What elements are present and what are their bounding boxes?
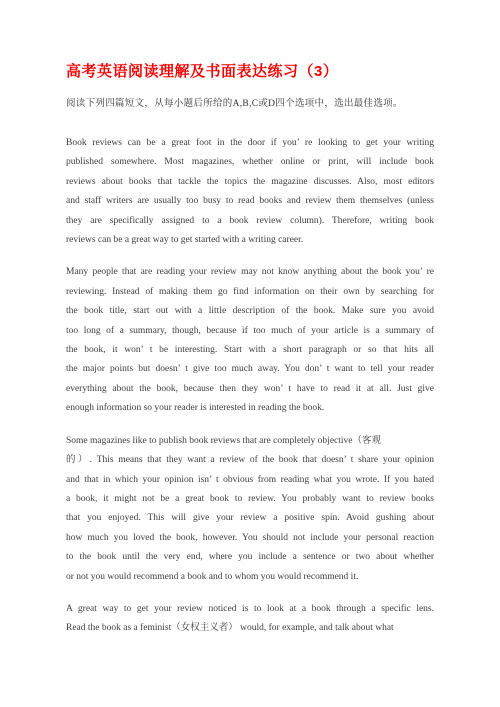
text-line: A great way to get your review noticed i…: [66, 600, 434, 619]
instruction-text: 阅读下列四篇短文，从每小题后所给的A,B,C或D四个选项中，选出最佳选项。: [66, 98, 434, 111]
text-line: Book reviews can be a great foot in the …: [66, 134, 434, 153]
text-line: Read the book as a feminist（女权主义者） would…: [66, 619, 434, 638]
text-line: the major points but doesn’ t give too m…: [66, 360, 434, 379]
paragraph: A great way to get your review noticed i…: [66, 600, 434, 639]
text-line: reviews can be a great way to get starte…: [66, 231, 434, 250]
text-line: reviewing. Instead of making them go fin…: [66, 283, 434, 302]
paragraph: Book reviews can be a great foot in the …: [66, 134, 434, 250]
text-line: enough information so your reader is int…: [66, 399, 434, 418]
text-line: published somewhere. Most magazines, whe…: [66, 153, 434, 172]
text-line: Some magazines like to publish book revi…: [66, 432, 434, 451]
paragraph: Some magazines like to publish book revi…: [66, 432, 434, 587]
text-line: too long of a summary, though, because i…: [66, 322, 434, 341]
text-line: the book title, start out with a little …: [66, 302, 434, 321]
text-line: reviews about books that tackle the topi…: [66, 173, 434, 192]
text-line: Many people that are reading your review…: [66, 263, 434, 282]
text-line: or not you would recommend a book and to…: [66, 568, 434, 587]
article-body: Book reviews can be a great foot in the …: [66, 134, 434, 639]
text-line: everything about the book, because then …: [66, 380, 434, 399]
text-line: 的）. This means that they want a review o…: [66, 451, 434, 470]
text-line: and that in which your opinion isn’ t ob…: [66, 471, 434, 490]
page-title: 高考英语阅读理解及书面表达练习（3）: [66, 62, 434, 82]
text-line: the book, it won’ t be interesting. Star…: [66, 341, 434, 360]
text-line: they are specifically assigned to a book…: [66, 212, 434, 231]
text-line: how much you loved the book, however. Yo…: [66, 529, 434, 548]
paragraph: Many people that are reading your review…: [66, 263, 434, 418]
document-page: 高考英语阅读理解及书面表达练习（3） 阅读下列四篇短文，从每小题后所给的A,B,…: [0, 0, 500, 707]
text-line: to the book until the very end, where yo…: [66, 548, 434, 567]
text-line: and staff writers are usually too busy t…: [66, 192, 434, 211]
text-line: that you enjoyed. This will give your re…: [66, 509, 434, 528]
text-line: a book, it might not be a great book to …: [66, 490, 434, 509]
